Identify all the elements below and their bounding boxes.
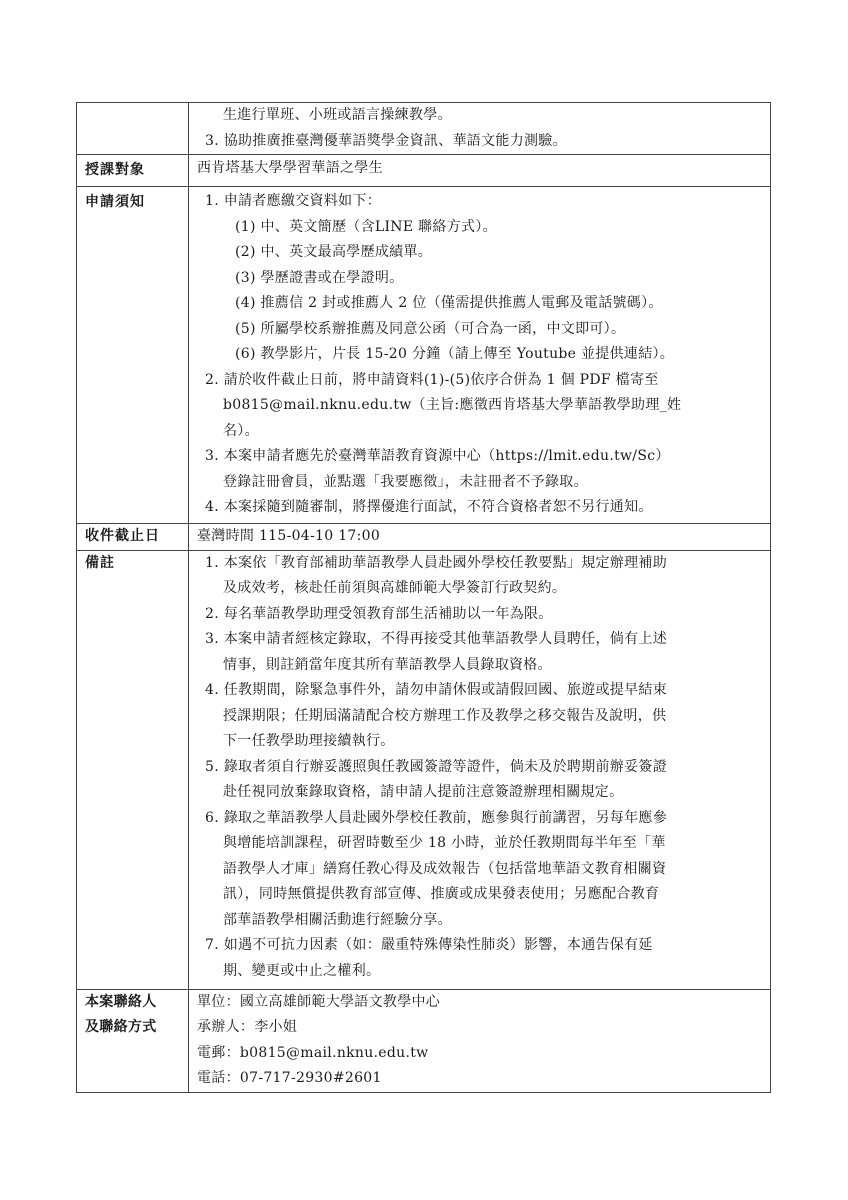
application-item-4: 4. 本案採隨到隨審制，將擇優進行面試，不符合資格者恕不另行通知。 — [197, 495, 770, 521]
target-text: 西肯塔基大學學習華語之學生 — [197, 155, 770, 182]
note-item-6-cont: 與增能培訓課程，研習時數至少 18 小時，並於任教期間每半年至「華 — [197, 831, 770, 857]
continuation-content: 生進行單班、小班或語言操練教學。 3. 協助推廣推臺灣優華語獎學金資訊、華語文能… — [189, 103, 771, 155]
contact-row: 本案聯絡人 及聯絡方式 單位：國立高雄師範大學語文教學中心 承辦人：李小姐 電郵… — [77, 989, 771, 1092]
continuation-line: 生進行單班、小班或語言操練教學。 — [197, 103, 770, 129]
contact-person: 承辦人：李小姐 — [197, 1015, 770, 1041]
target-row: 授課對象 西肯塔基大學學習華語之學生 — [77, 155, 771, 187]
contact-content: 單位：國立高雄師範大學語文教學中心 承辦人：李小姐 電郵：b0815@mail.… — [189, 989, 771, 1092]
deadline-text: 臺灣時間 115-04-10 17:00 — [197, 524, 770, 550]
note-item-4-cont: 授課期限；任期屆滿請配合校方辦理工作及教學之移交報告及說明，供 — [197, 704, 770, 730]
application-row: 申請須知 1. 申請者應繳交資料如下： (1) 中、英文簡歷（含LINE 聯絡方… — [77, 187, 771, 524]
application-item-1: 1. 申請者應繳交資料如下： — [197, 189, 770, 215]
note-item-6-cont: 部華語教學相關活動進行經驗分享。 — [197, 908, 770, 934]
contact-label-line-2: 及聯絡方式 — [85, 1015, 188, 1041]
notes-label: 備註 — [77, 550, 189, 989]
continuation-label-cell — [77, 103, 189, 155]
application-item-3-cont: 登錄註冊會員，並點選「我要應徵」，未註冊者不予錄取。 — [197, 470, 770, 496]
note-item-6: 6. 錄取之華語教學人員赴國外學校任教前，應參與行前講習，另每年應參 — [197, 806, 770, 832]
application-item-3[interactable]: 3. 本案申請者應先於臺灣華語教育資源中心（https://lmit.edu.t… — [197, 444, 770, 470]
note-item-4-cont: 下一任教學助理接續執行。 — [197, 729, 770, 755]
contact-email[interactable]: 電郵：b0815@mail.nknu.edu.tw — [197, 1041, 770, 1067]
deadline-row: 收件截止日 臺灣時間 115-04-10 17:00 — [77, 524, 771, 551]
contact-phone: 電話：07-717-2930#2601 — [197, 1066, 770, 1092]
note-item-6-cont: 訊），同時無償提供教育部宣傳、推廣或成果發表使用；另應配合教育 — [197, 882, 770, 908]
application-subitem: (3) 學歷證書或在學證明。 — [197, 266, 770, 292]
continuation-line: 3. 協助推廣推臺灣優華語獎學金資訊、華語文能力測驗。 — [197, 129, 770, 155]
application-item-2-cont: 名）。 — [197, 419, 770, 445]
deadline-label: 收件截止日 — [77, 524, 189, 551]
application-label: 申請須知 — [77, 187, 189, 524]
application-email-link[interactable]: b0815@mail.nknu.edu.tw（主旨:應徵西肯塔基大學華語教學助理… — [197, 393, 770, 419]
application-subitem: (6) 教學影片，片長 15-20 分鐘（請上傳至 Youtube 並提供連結）… — [197, 342, 770, 368]
note-item-5-cont: 赴任視同放棄錄取資格，請申請人提前注意簽證辦理相關規定。 — [197, 780, 770, 806]
note-item-2: 2. 每名華語教學助理受領教育部生活補助以一年為限。 — [197, 602, 770, 628]
notes-row: 備註 1. 本案依「教育部補助華語教學人員赴國外學校任教要點」規定辦理補助 及成… — [77, 550, 771, 989]
recruitment-table: 生進行單班、小班或語言操練教學。 3. 協助推廣推臺灣優華語獎學金資訊、華語文能… — [76, 102, 771, 1093]
application-subitem: (2) 中、英文最高學歷成績單。 — [197, 240, 770, 266]
note-item-1: 1. 本案依「教育部補助華語教學人員赴國外學校任教要點」規定辦理補助 — [197, 551, 770, 577]
application-item-2: 2. 請於收件截止日前，將申請資料(1)-(5)依序合併為 1 個 PDF 檔寄… — [197, 368, 770, 394]
note-item-7: 7. 如遇不可抗力因素（如：嚴重特殊傳染性肺炎）影響，本通告保有延 — [197, 933, 770, 959]
contact-label-line-1: 本案聯絡人 — [85, 990, 188, 1016]
note-item-5: 5. 錄取者須自行辦妥護照與任教國簽證等證件，倘未及於聘期前辦妥簽證 — [197, 755, 770, 781]
application-subitem: (1) 中、英文簡歷（含LINE 聯絡方式）。 — [197, 215, 770, 241]
note-item-4: 4. 任教期間，除緊急事件外，請勿申請休假或請假回國、旅遊或提早結束 — [197, 678, 770, 704]
continuation-row: 生進行單班、小班或語言操練教學。 3. 協助推廣推臺灣優華語獎學金資訊、華語文能… — [77, 103, 771, 155]
target-value: 西肯塔基大學學習華語之學生 — [189, 155, 771, 187]
deadline-value: 臺灣時間 115-04-10 17:00 — [189, 524, 771, 551]
application-subitem: (4) 推薦信 2 封或推薦人 2 位（僅需提供推薦人電郵及電話號碼）。 — [197, 291, 770, 317]
notes-content: 1. 本案依「教育部補助華語教學人員赴國外學校任教要點」規定辦理補助 及成效考，… — [189, 550, 771, 989]
target-label: 授課對象 — [77, 155, 189, 187]
note-item-1-cont: 及成效考，核赴任前須與高雄師範大學簽訂行政契約。 — [197, 576, 770, 602]
note-item-6-cont: 語教學人才庫」繕寫任教心得及成效報告（包括當地華語文教育相關資 — [197, 857, 770, 883]
note-item-3-cont: 情事，則註銷當年度其所有華語教學人員錄取資格。 — [197, 653, 770, 679]
application-subitem: (5) 所屬學校系辦推薦及同意公函（可合為一函，中文即可）。 — [197, 317, 770, 343]
note-item-3: 3. 本案申請者經核定錄取，不得再接受其他華語教學人員聘任，倘有上述 — [197, 627, 770, 653]
contact-label: 本案聯絡人 及聯絡方式 — [77, 989, 189, 1092]
application-content: 1. 申請者應繳交資料如下： (1) 中、英文簡歷（含LINE 聯絡方式）。 (… — [189, 187, 771, 524]
contact-unit: 單位：國立高雄師範大學語文教學中心 — [197, 990, 770, 1016]
note-item-7-cont: 期、變更或中止之權利。 — [197, 959, 770, 985]
